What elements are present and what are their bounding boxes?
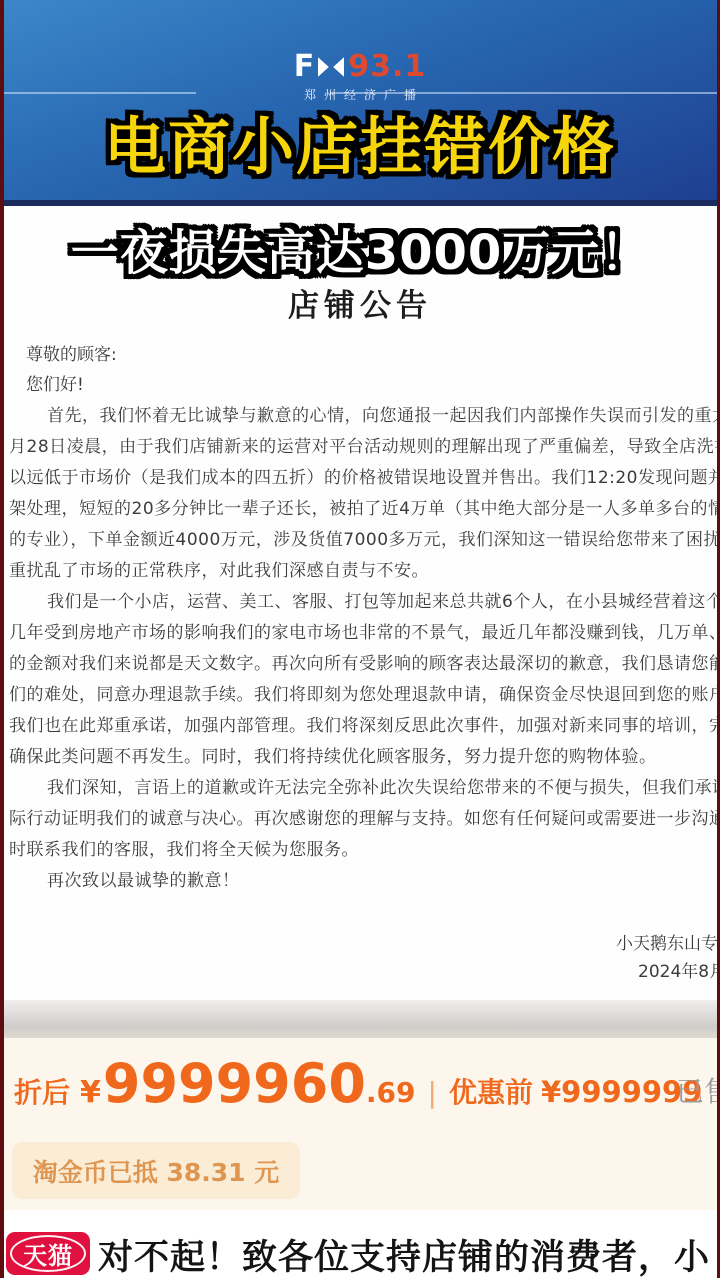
notice-date: 2024年8月2 (638, 957, 720, 982)
tmall-badge-label: 天猫 (6, 1232, 90, 1275)
notice-greeting: 您们好! (26, 370, 84, 395)
price-divider: | (428, 1076, 437, 1109)
tmall-badge: 天猫 (6, 1232, 90, 1275)
notice-line: 月28日凌晨，由于我们店铺新来的运营对平台活动规则的理解出现了严重偏差，导致全店… (9, 432, 720, 463)
notice-signature: 小天鹅东山专卖店 (616, 929, 720, 954)
station-tagline: 郑州经济广播 (0, 89, 720, 101)
hero-section: F 93.1 郑州经济广播 电商小店挂错价格 (0, 0, 720, 200)
original-price-label: 优惠前 (449, 1071, 533, 1111)
fm-letter: F (294, 52, 315, 82)
station-logo: F 93.1 郑州经济广播 (0, 52, 720, 101)
footer-section: 天猫 对不起！致各位支持店铺的消费者，小 (0, 1210, 720, 1278)
notice-line: 确保此类问题不再发生。同时，我们将持续优化顾客服务，努力提升您的购物体验。 (9, 742, 720, 773)
yen-symbol: ¥ (80, 1075, 101, 1110)
notice-line: 们的难处，同意办理退款手续。我们将即刻为您处理退款申请，确保资金尽快退回到您的账… (9, 680, 720, 711)
notice-line: 我们深知，言语上的道歉或许无法完全弥补此次失误给您带来的不便与损失，但我们承诺将… (9, 773, 720, 804)
subheadline: 一夜损失高达3000万元！ (0, 214, 720, 283)
notice-line: 首先，我们怀着无比诚挚与歉意的心情，向您通报一起因我们内部操作失误而引发的重大事… (9, 401, 720, 432)
price-bar: 折后 ¥ 9999960 .69 | 优惠前 ¥9999999 (14, 1052, 702, 1115)
footer-apology-text: 对不起！致各位支持店铺的消费者，小 (98, 1230, 710, 1278)
notice-line: 再次致以最诚挚的歉意！ (9, 866, 720, 897)
notice-line: 架处理，短短的20多分钟比一辈子还长，被拍了近4万单（其中绝大部分是一人多单多台… (9, 494, 720, 525)
left-edge-strip (0, 0, 4, 1278)
notice-body: 首先，我们怀着无比诚挚与歉意的心情，向您通报一起因我们内部操作失误而引发的重大事… (9, 401, 720, 897)
notice-line: 际行动证明我们的诚意与决心。再次感谢您的理解与支持。如您有任何疑问或需要进一步沟… (9, 804, 720, 835)
notice-line: 的金额对我们来说都是天文数字。再次向所有受影响的顾客表达最深切的歉意，我们恳请您… (9, 649, 720, 680)
notice-line: 时联系我们的客服，我们将全天候为您服务。 (9, 835, 720, 866)
coin-banner-text: 淘金币已抵 38.31 元 (33, 1153, 280, 1189)
station-frequency: 93.1 (348, 52, 426, 82)
notice-line: 我们也在此郑重承诺，加强内部管理。我们将深刻反思此次事件，加强对新来同事的培训，… (9, 711, 720, 742)
price-decimal: .69 (366, 1076, 416, 1109)
fm-bowtie-icon (318, 57, 344, 77)
notice-salutation: 尊敬的顾客: (26, 340, 117, 365)
notice-line: 重扰乱了市场的正常秩序，对此我们深感自责与不安。 (9, 556, 720, 587)
notice-line: 的专业），下单金额近4000万元，涉及货值7000多万元，我们深知这一错误给您带… (9, 525, 720, 556)
gray-shadow-band (0, 1000, 720, 1038)
notice-line: 我们是一个小店，运营、美工、客服、打包等加起来总共就6个人，在小县城经营着这个小… (9, 587, 720, 618)
sold-label: 已售 (676, 1070, 720, 1110)
notice-title: 店铺公告 (0, 280, 720, 325)
headline-banner: 电商小店挂错价格 (0, 110, 720, 184)
notice-line: 几年受到房地产市场的影响我们的家电市场也非常的不景气，最近几年都没赚到钱，几万单… (9, 618, 720, 649)
discounted-label: 折后 (14, 1071, 70, 1111)
price-integer: 9999960 (103, 1052, 366, 1115)
notice-document: 一夜损失高达3000万元！ 店铺公告 尊敬的顾客: 您们好! 首先，我们怀着无比… (0, 206, 720, 1000)
price-section: 折后 ¥ 9999960 .69 | 优惠前 ¥9999999 已售 淘金币已抵… (0, 1038, 720, 1210)
coin-banner: 淘金币已抵 38.31 元 (12, 1142, 300, 1199)
video-frame: F 93.1 郑州经济广播 电商小店挂错价格 一夜损失高达3000万元！ 店铺公… (0, 0, 720, 1278)
notice-line: 以远低于市场价（是我们成本的四五折）的价格被错误地设置并售出。我们12:20发现… (9, 463, 720, 494)
